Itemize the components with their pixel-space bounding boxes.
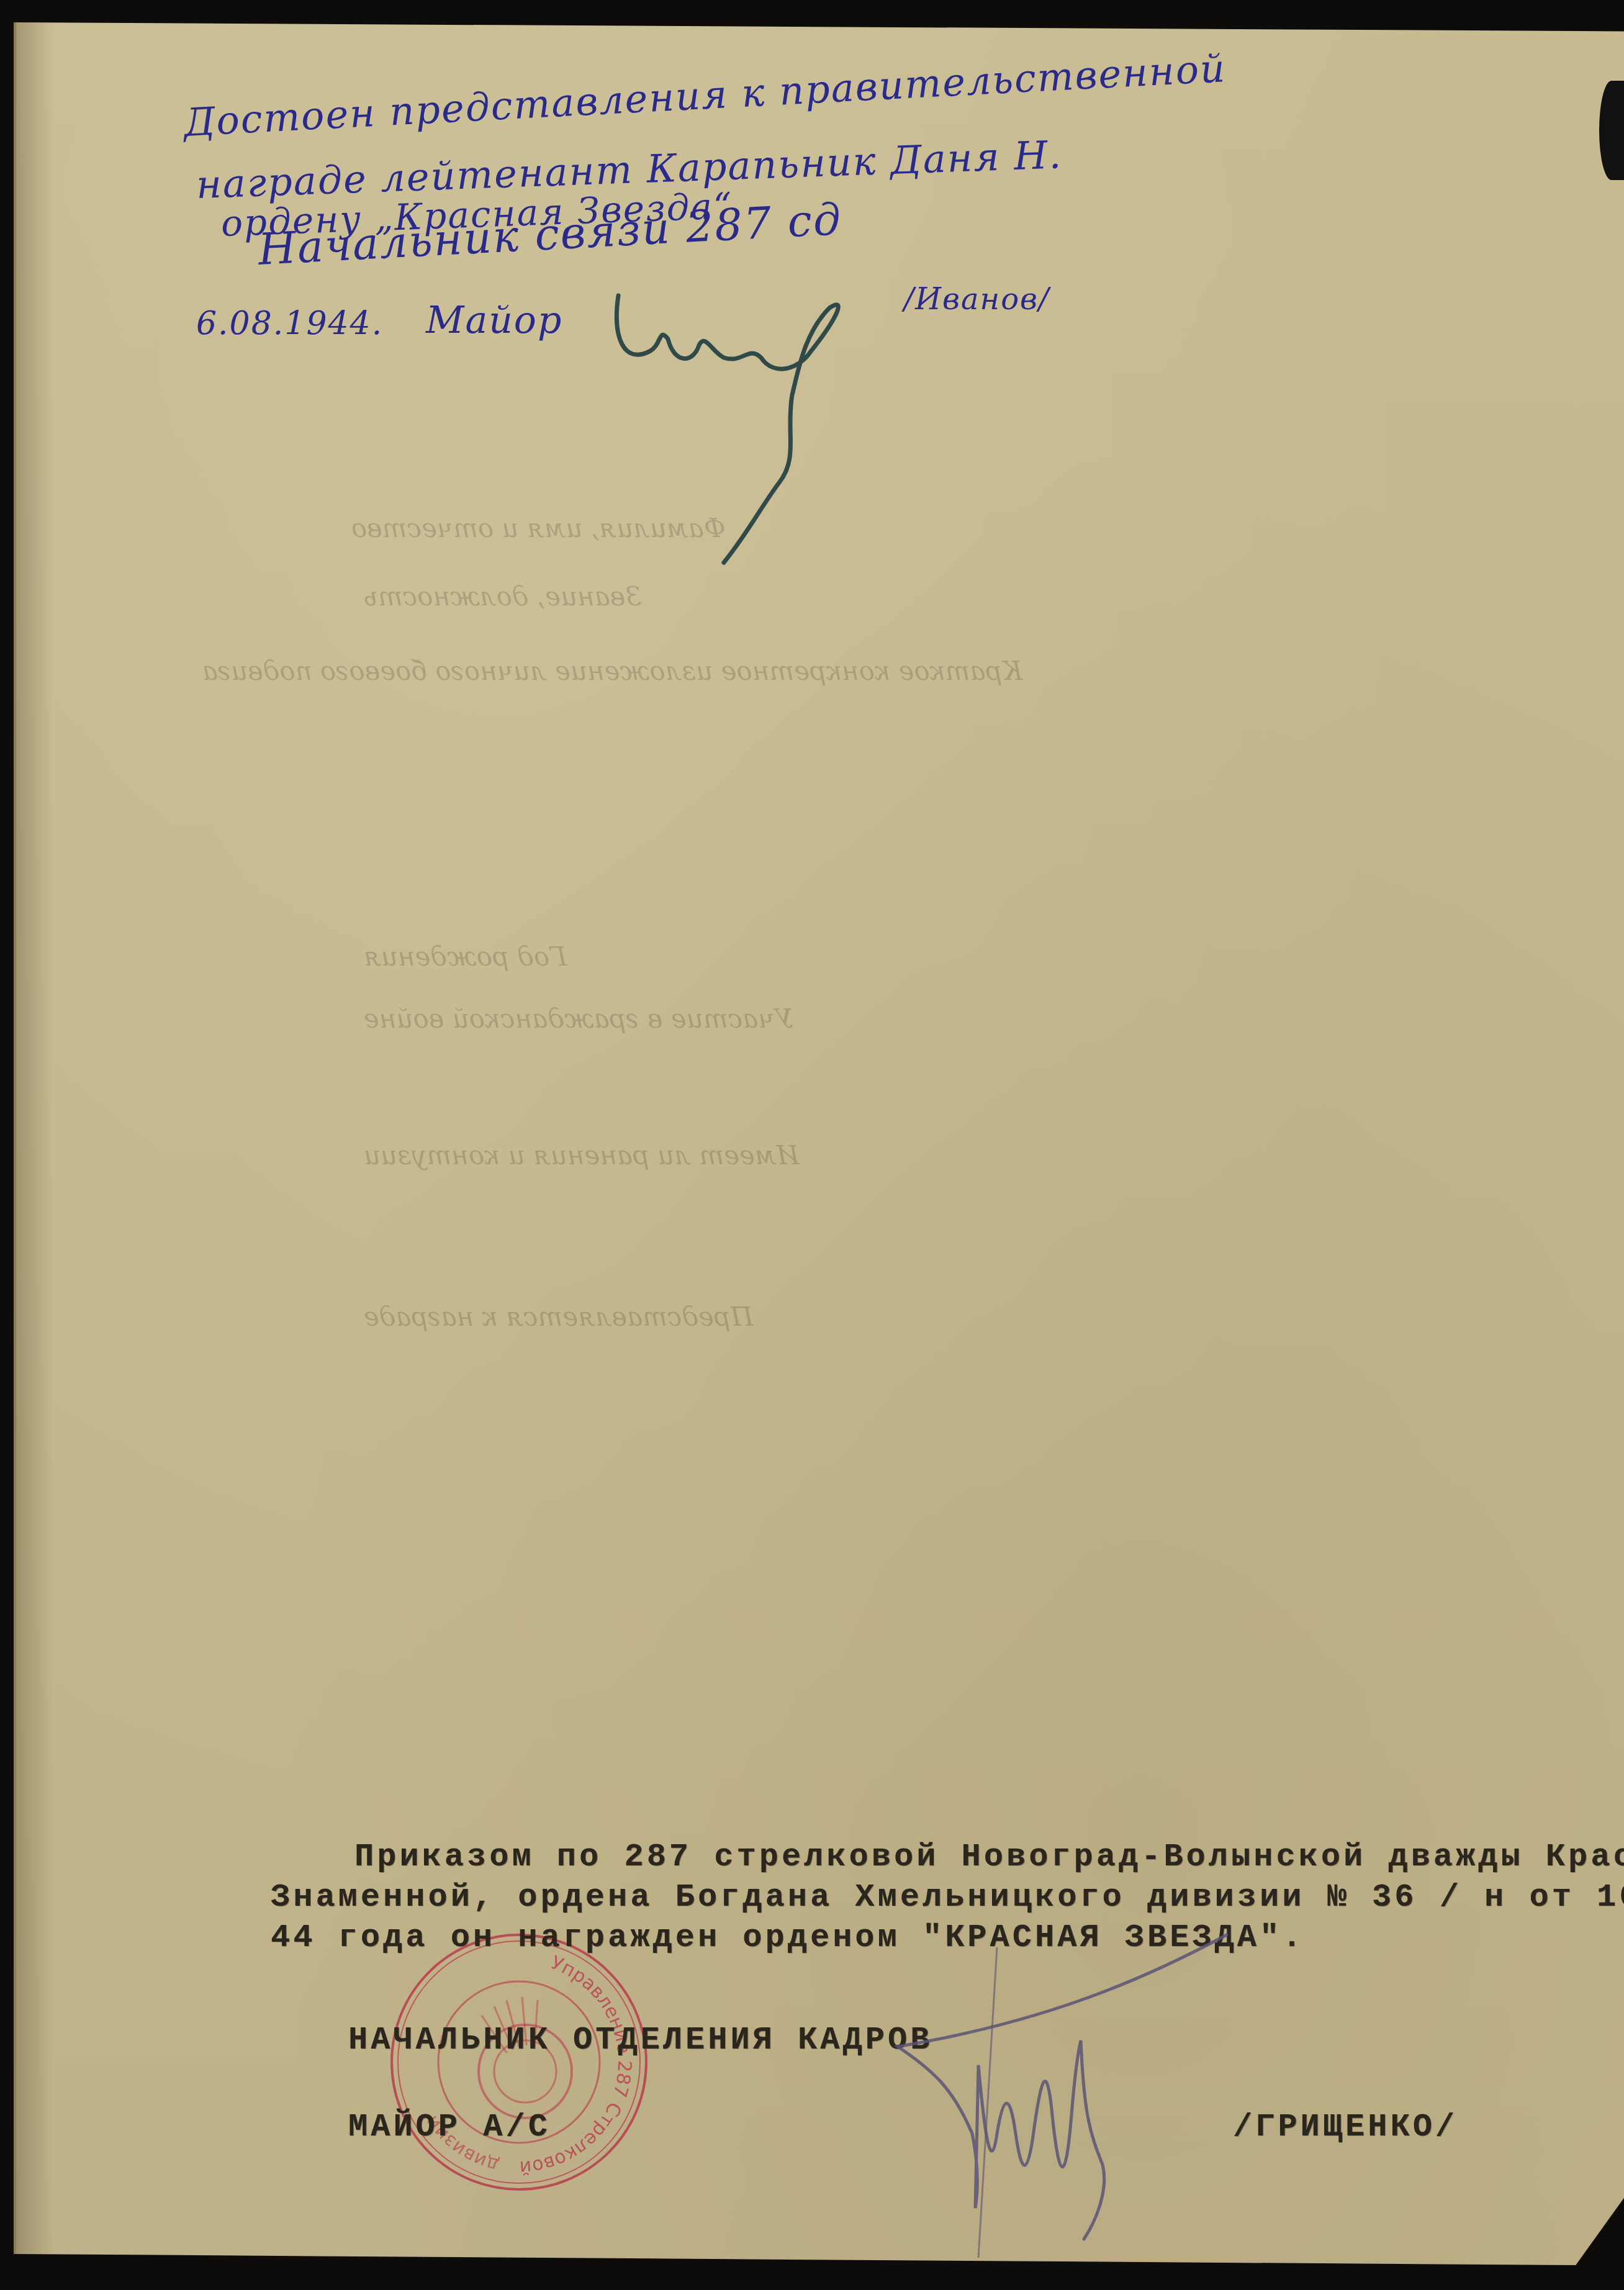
bleed-line-4: Год рождения bbox=[364, 941, 567, 972]
signature-grishchenko-icon bbox=[885, 1929, 1332, 2264]
scan-edge-shadow bbox=[1599, 81, 1624, 180]
order-line-2: Знаменной, ордена Богдана Хмельницкого д… bbox=[271, 1879, 1624, 1916]
bleed-line-5: Участие в гражданской войне bbox=[364, 1003, 793, 1034]
endorsement-date: 6.08.1944. bbox=[196, 305, 383, 342]
division-stamp-icon: Управление 287 Стрелковой дивизии bbox=[382, 1922, 656, 2202]
signatory-rank: МАЙОР А/С bbox=[348, 2109, 551, 2145]
bleed-line-7: Представляется к награде bbox=[364, 1301, 754, 1332]
bleed-line-3: Краткое конкретное изложение личного бое… bbox=[202, 656, 1022, 686]
signature-ivanov-icon bbox=[600, 271, 910, 594]
endorsement-line-1: Достоен представления к правительственно… bbox=[183, 45, 1227, 145]
document-page: Достоен представления к правительственно… bbox=[14, 22, 1624, 2265]
order-line-1: Приказом по 287 стрелковой Новоград-Волы… bbox=[354, 1839, 1624, 1875]
page-fold-shadow bbox=[16, 22, 53, 2265]
endorsement-rank: Майор bbox=[426, 299, 562, 342]
bleed-line-2: Звание, должность bbox=[364, 581, 641, 612]
signatory-title: НАЧАЛЬНИК ОТДЕЛЕНИЯ КАДРОВ bbox=[348, 2022, 932, 2058]
bleed-line-1: Фамилия, имя и отчество bbox=[351, 513, 726, 543]
bleed-line-6: Имеет ли ранения и контузии bbox=[364, 1140, 799, 1170]
endorsement-signer-name: /Иванов/ bbox=[904, 282, 1050, 317]
